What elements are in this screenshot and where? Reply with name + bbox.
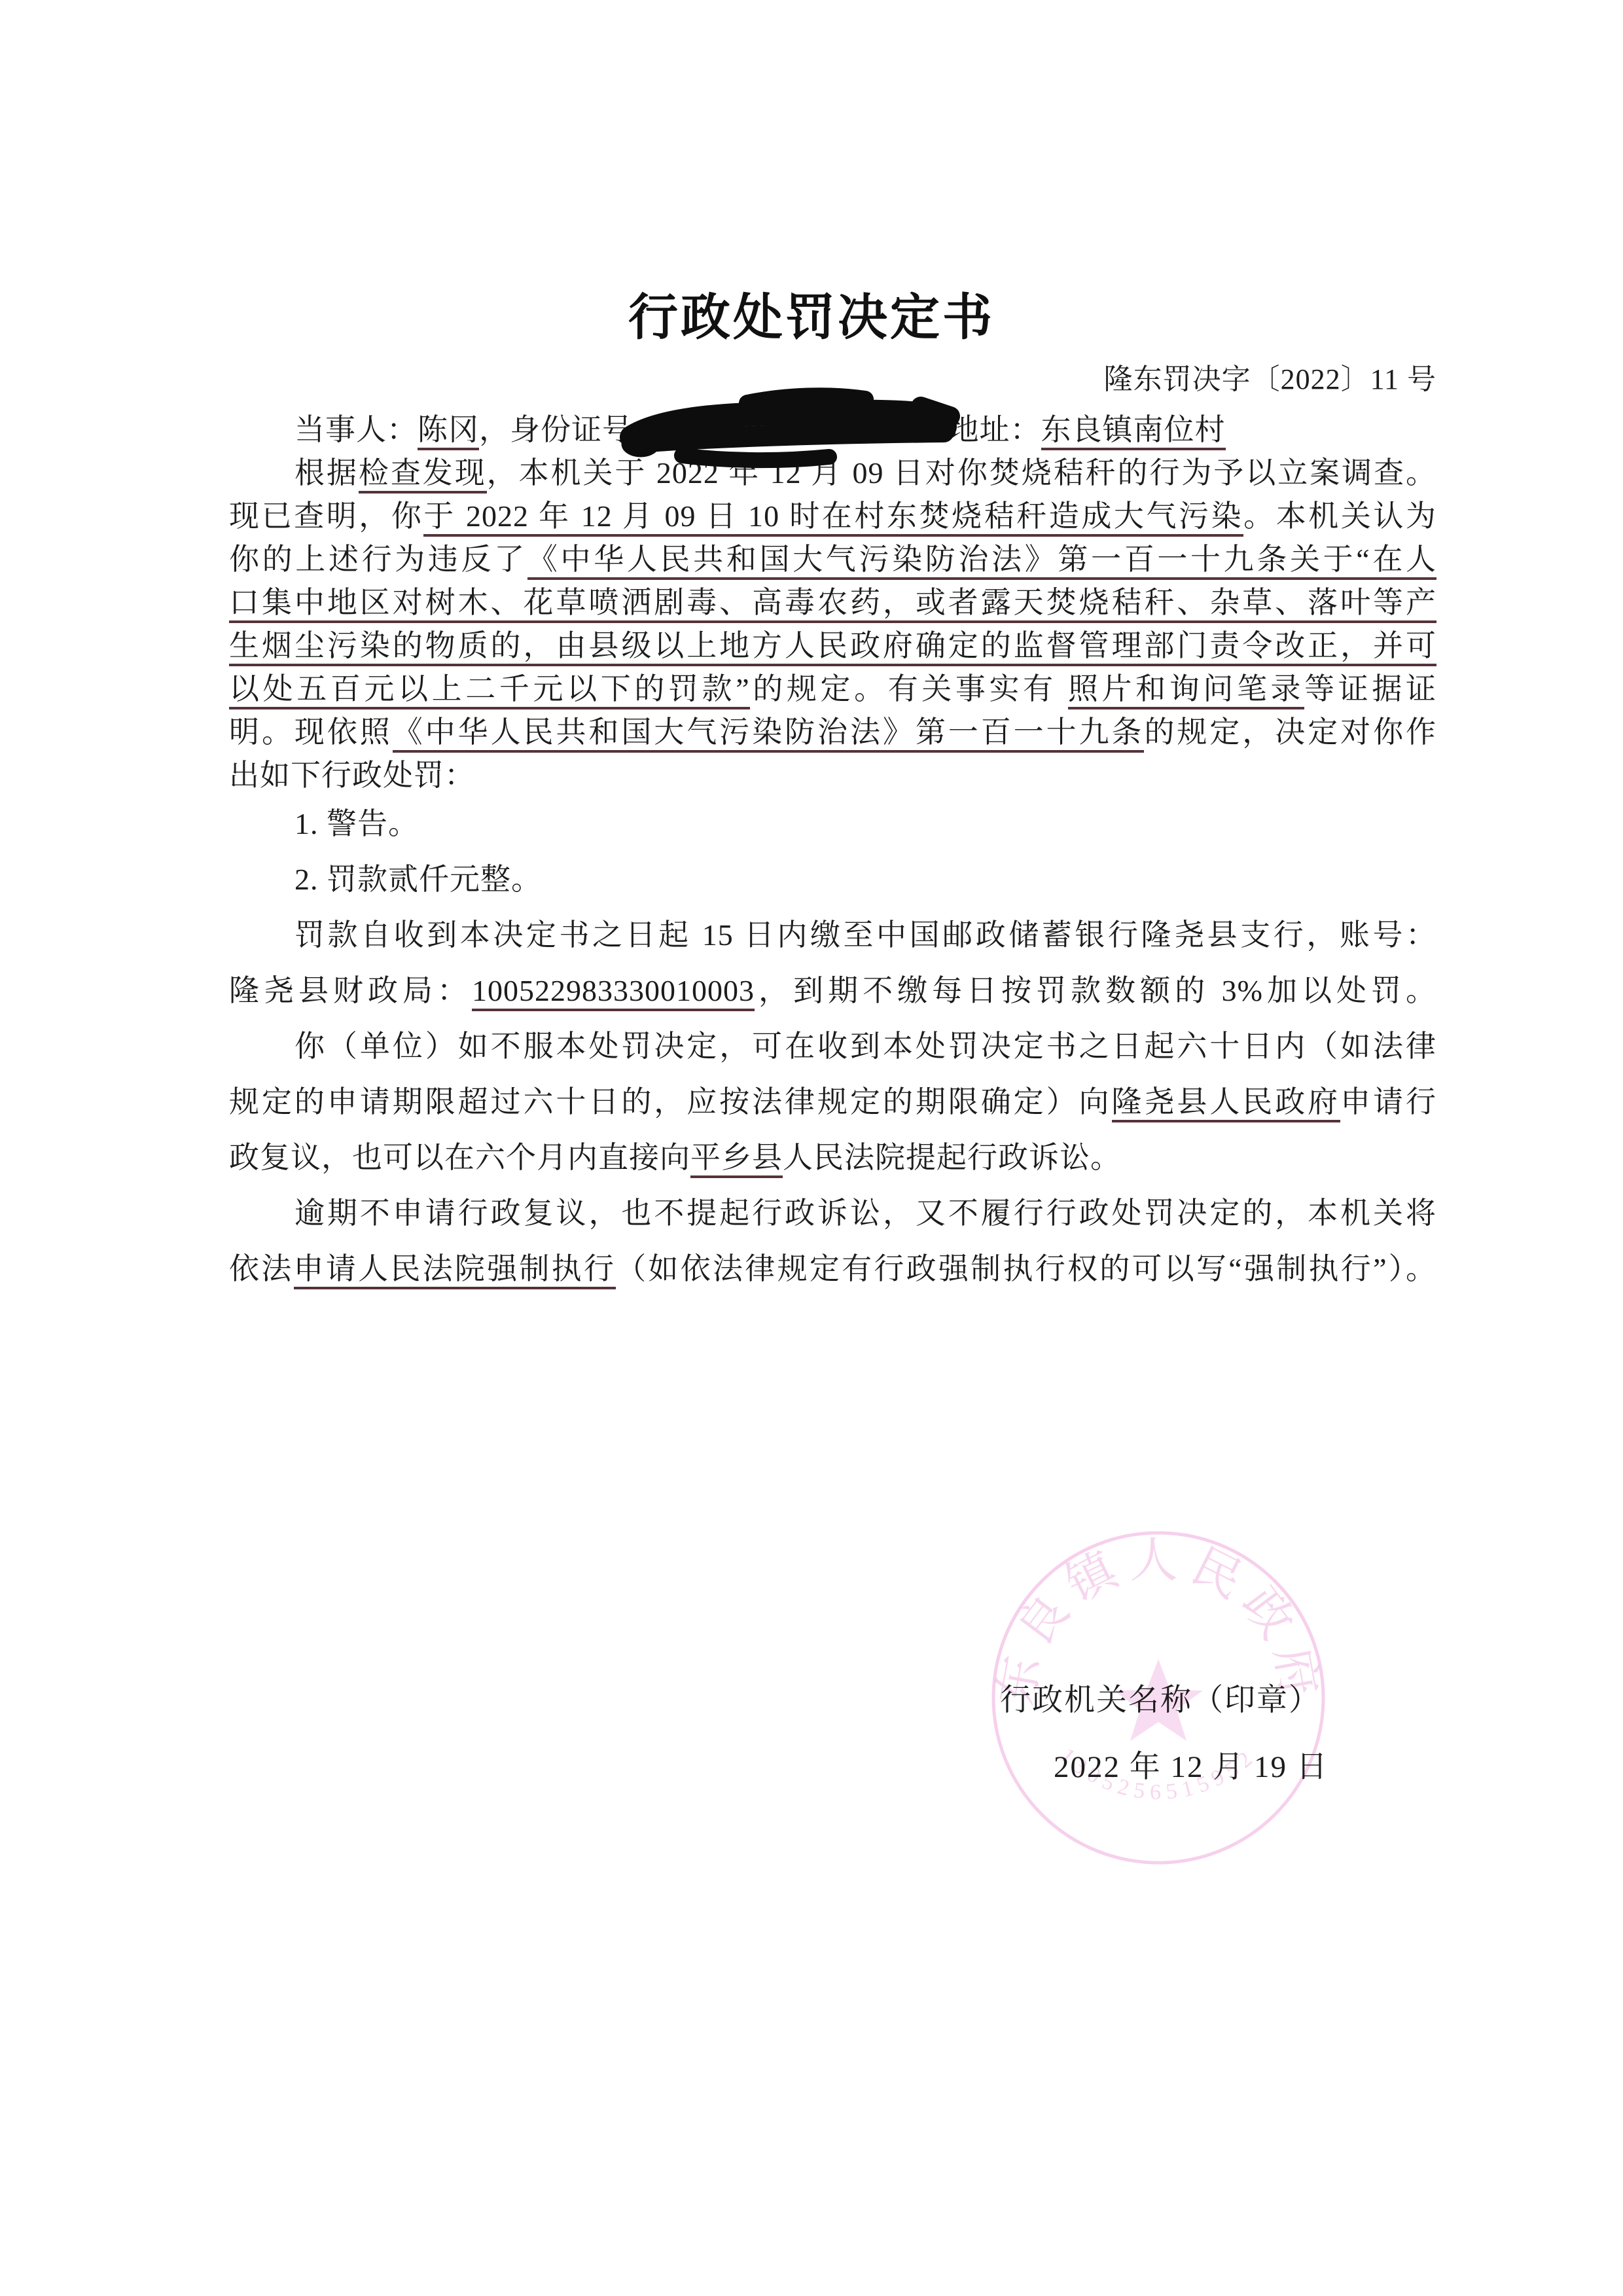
text-line: 罚款自收到本决定书之日起 15 日内缴至中国邮政储蓄银行隆尧县支行，账号： [229,907,1436,963]
text-run: 人民法院提起行政诉讼。 [783,1141,1121,1174]
text-run: 隆尧县财政局： [229,974,472,1007]
underlined-text: 陈冈 [418,413,479,450]
underlined-text: 以处五百元以上二千元以下的罚款” [229,672,750,709]
underlined-text: 《中华人民共和国大气污染防治法》第一百一十九条 [393,715,1145,753]
text-line: 生烟尘污染的物质的，由县级以上地方人民政府确定的监督管理部门责令改正，并可 [229,624,1436,668]
underlined-text: 100522983330010003 [472,974,755,1011]
underlined-text: 申请人民法院强制执行 [294,1252,616,1289]
text-line: 以处五百元以上二千元以下的罚款”的规定。有关事实有 照片和询问笔录等证据证 [229,668,1436,711]
underlined-text: 检查发现 [359,456,487,493]
text-run: 现已查明，你 [229,499,423,533]
redacted-id-number [633,407,940,440]
text-run: 你的上述行为违反了 [229,543,527,576]
text-line: 隆尧县财政局：100522983330010003，到期不缴每日按罚款数额的 3… [229,963,1436,1018]
text-run: 政复议，也可以在六个月内直接向 [229,1141,690,1174]
text-run: 2. 罚款贰仟元整。 [294,863,542,896]
text-run: ，身份证号 [479,413,633,446]
text-line: 2. 罚款贰仟元整。 [229,852,1436,907]
text-run: 申请行 [1340,1085,1436,1119]
text-run: 出如下行政处罚： [229,759,475,792]
text-line: 现已查明，你于 2022 年 12 月 09 日 10 时在村东焚烧秸秆造成大气… [229,495,1436,538]
text-run: 的规定。有关事实有 [750,672,1068,706]
text-run: 你（单位）如不服本处罚决定，可在收到本处罚决定书之日起六十日内（如法律 [294,1030,1436,1063]
text-run: 当事人： [294,413,418,446]
underlined-text: 东良镇南位村 [1041,413,1226,450]
text-run: 根据 [294,456,359,490]
text-run: 规定的申请期限超过六十日的，应按法律规定的期限确定）向 [229,1085,1112,1119]
underlined-text: 口集中地区对树木、花草喷洒剧毒、高毒农药，或者露天焚烧秸秆、杂草、落叶等产 [229,586,1436,623]
signature-date-line: 2022 年 12 月 19 日 [1054,1742,1329,1786]
ink-redaction-scribble-icon [613,377,967,482]
text-line: 你（单位）如不服本处罚决定，可在收到本处罚决定书之日起六十日内（如法律 [229,1018,1436,1074]
text-run: 罚款自收到本决定书之日起 15 日内缴至中国邮政储蓄银行隆尧县支行，账号： [294,918,1436,952]
text-run: （如依法律规定有行政强制执行权的可以写“强制执行”）。 [616,1252,1436,1285]
underlined-text: 平乡县 [690,1141,783,1178]
text-line: 你的上述行为违反了《中华人民共和国大气污染防治法》第一百一十九条关于“在人 [229,538,1436,581]
text-run: 。本机关认为 [1243,499,1436,533]
underlined-text: 照片和询问笔录 [1068,672,1304,709]
document-title: 行政处罚决定书 [0,278,1623,349]
text-run: ，到期不缴每日按罚款数额的 3%加以处罚。 [755,974,1436,1007]
underlined-text: 于 2022 年 12 月 09 日 10 时在村东焚烧秸秆造成大气污染 [423,499,1243,537]
text-run: 等证据证 [1304,672,1436,706]
text-run: 的规定，决定对你作 [1144,715,1436,749]
text-run: 1. 警告。 [294,807,419,840]
text-line: 当事人：陈冈，身份证号 地址：东良镇南位村 [229,407,1436,452]
text-run: 明。现依照 [229,715,393,749]
text-line: 出如下行政处罚： [229,754,1436,797]
text-line: 逾期不申请行政复议，也不提起行政诉讼，又不履行行政处罚决定的，本机关将 [229,1185,1436,1241]
signature-org-line: 行政机关名称（印章） [1000,1676,1321,1719]
text-line: 政复议，也可以在六个月内直接向平乡县人民法院提起行政诉讼。 [229,1130,1436,1185]
text-line: 明。现依照《中华人民共和国大气污染防治法》第一百一十九条的规定，决定对你作 [229,711,1436,754]
underlined-text: 《中华人民共和国大气污染防治法》第一百一十九条关于“在人 [527,543,1436,580]
text-run: 逾期不申请行政复议，也不提起行政诉讼，又不履行行政处罚决定的，本机关将 [294,1196,1436,1230]
underlined-text: 隆尧县人民政府 [1112,1085,1341,1122]
scanned-document-page: 东良镇人民政府 1305256515952 行政处罚决定书 隆东罚决字〔2022… [0,0,1623,2296]
text-line: 1. 警告。 [229,796,1436,852]
text-run: 依法 [229,1252,294,1285]
penalty-and-remedies: 1. 警告。2. 罚款贰仟元整。罚款自收到本决定书之日起 15 日内缴至中国邮政… [229,796,1436,1297]
facts-and-legal-basis: 当事人：陈冈，身份证号 地址：东良镇南位村根据检查发现，本机关于 2022 年 … [229,407,1436,797]
underlined-text: 生烟尘污染的物质的，由县级以上地方人民政府确定的监督管理部门责令改正，并可 [229,629,1436,666]
text-line: 依法申请人民法院强制执行（如依法律规定有行政强制执行权的可以写“强制执行”）。 [229,1241,1436,1297]
text-line: 口集中地区对树木、花草喷洒剧毒、高毒农药，或者露天焚烧秸秆、杂草、落叶等产 [229,581,1436,624]
text-line: 规定的申请期限超过六十日的，应按法律规定的期限确定）向隆尧县人民政府申请行 [229,1074,1436,1130]
